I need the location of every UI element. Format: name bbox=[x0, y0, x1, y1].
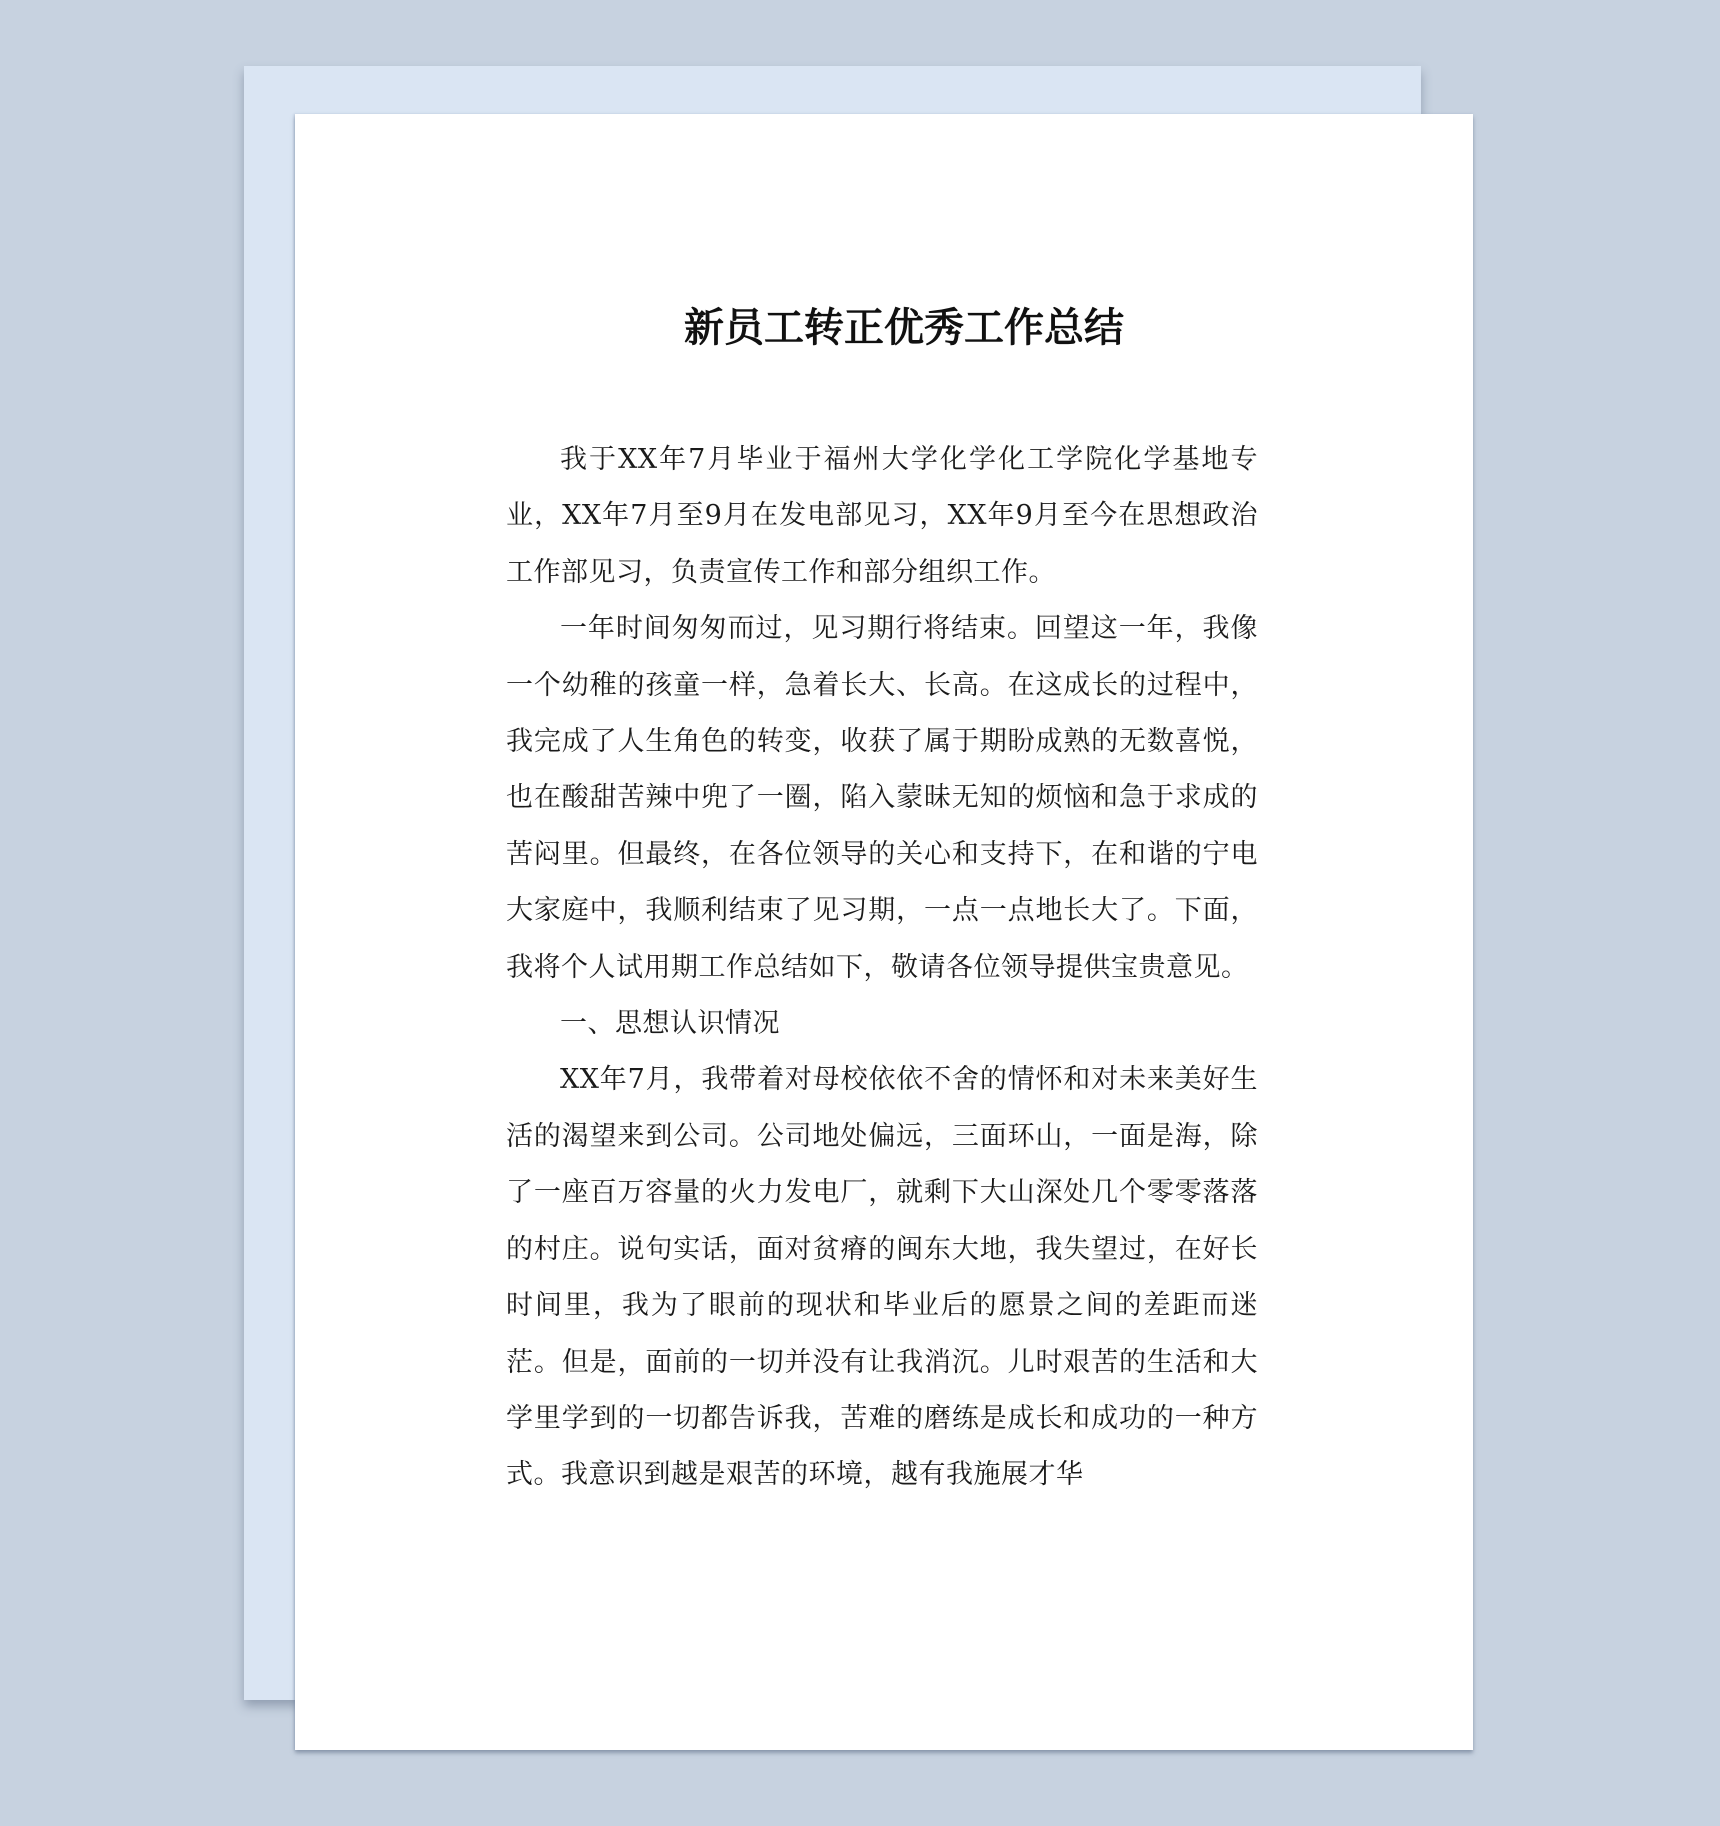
paragraph-intro: 我于XX年7月毕业于福州大学化学化工学院化学基地专业，XX年7月至9月在发电部见… bbox=[506, 432, 1258, 601]
paragraph-ideology: XX年7月，我带着对母校依依不舍的情怀和对未来美好生活的渴望来到公司。公司地处偏… bbox=[506, 1052, 1258, 1503]
document-title: 新员工转正优秀工作总结 bbox=[0, 302, 1720, 354]
section-heading-ideology: 一、思想认识情况 bbox=[506, 996, 1258, 1052]
document-body: 我于XX年7月毕业于福州大学化学化工学院化学基地专业，XX年7月至9月在发电部见… bbox=[506, 432, 1258, 1504]
paragraph-reflection: 一年时间匆匆而过，见习期行将结束。回望这一年，我像一个幼稚的孩童一样，急着长大、… bbox=[506, 601, 1258, 996]
